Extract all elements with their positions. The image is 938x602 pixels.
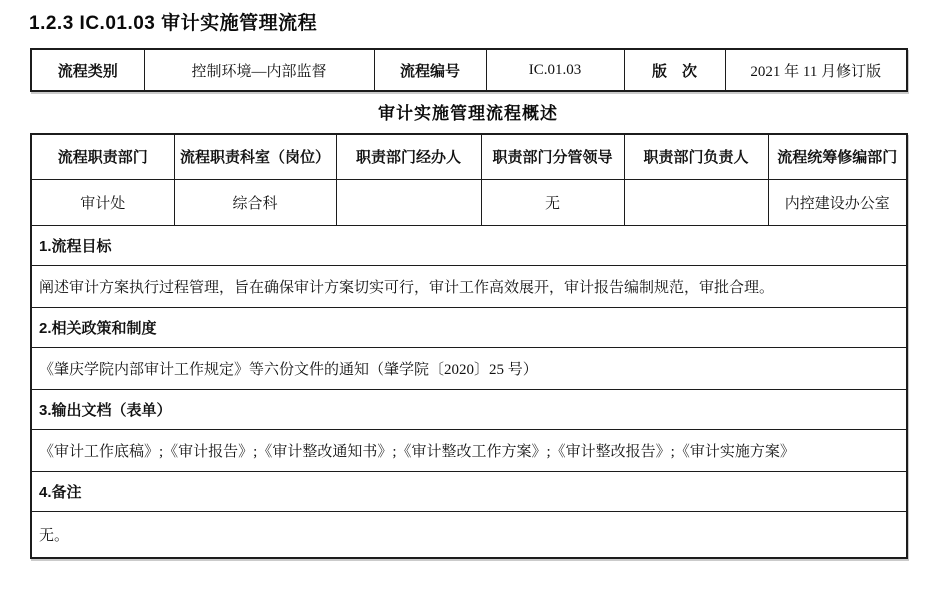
process-info-table: 流程类别 控制环境—内部监督 流程编号 IC.01.03 版 次 2021 年 …	[30, 48, 908, 92]
cell-revision-dept: 内控建设办公室	[768, 179, 907, 225]
section-heading-row: 1.流程目标	[31, 225, 907, 265]
section-content-row: 阐述审计方案执行过程管理，旨在确保审计方案切实可行，审计工作高效展开，审计报告编…	[31, 265, 907, 307]
section-heading-row: 2.相关政策和制度	[31, 307, 907, 347]
document-page: 1.2.3 IC.01.03 审计实施管理流程 流程类别 控制环境—内部监督 流…	[0, 0, 938, 602]
header-responsible-dept: 流程职责部门	[31, 134, 174, 179]
section-1-content: 阐述审计方案执行过程管理，旨在确保审计方案切实可行，审计工作高效展开，审计报告编…	[31, 265, 907, 307]
cell-responsible-dept: 审计处	[31, 179, 174, 225]
overview-header-row: 流程职责部门 流程职责科室（岗位） 职责部门经办人 职责部门分管领导 职责部门负…	[31, 134, 907, 179]
cell-supervising-leader: 无	[481, 179, 624, 225]
process-code-value: IC.01.03	[486, 49, 624, 91]
header-responsible-section: 流程职责科室（岗位）	[174, 134, 336, 179]
cell-dept-head	[624, 179, 768, 225]
section-heading-row: 4.备注	[31, 471, 907, 511]
header-handler: 职责部门经办人	[336, 134, 481, 179]
section-3-heading: 3.输出文档（表单）	[31, 389, 907, 429]
section-content-row: 《审计工作底稿》;《审计报告》;《审计整改通知书》;《审计整改工作方案》;《审计…	[31, 429, 907, 471]
header-supervising-leader: 职责部门分管领导	[481, 134, 624, 179]
section-content-row: 《肇庆学院内部审计工作规定》等六份文件的通知（肇学院〔2020〕25 号）	[31, 347, 907, 389]
section-1-heading: 1.流程目标	[31, 225, 907, 265]
section-content-row: 无。	[31, 511, 907, 558]
version-value: 2021 年 11 月修订版	[725, 49, 907, 91]
overview-title: 审计实施管理流程概述	[30, 99, 906, 124]
process-code-label: 流程编号	[374, 49, 486, 91]
section-2-heading: 2.相关政策和制度	[31, 307, 907, 347]
section-3-content: 《审计工作底稿》;《审计报告》;《审计整改通知书》;《审计整改工作方案》;《审计…	[31, 429, 907, 471]
cell-handler	[336, 179, 481, 225]
header-dept-head: 职责部门负责人	[624, 134, 768, 179]
overview-data-row: 审计处 综合科 无 内控建设办公室	[31, 179, 907, 225]
section-heading-row: 3.输出文档（表单）	[31, 389, 907, 429]
header-revision-dept: 流程统筹修编部门	[768, 134, 907, 179]
process-category-label: 流程类别	[31, 49, 144, 91]
section-2-content: 《肇庆学院内部审计工作规定》等六份文件的通知（肇学院〔2020〕25 号）	[31, 347, 907, 389]
version-label: 版 次	[624, 49, 725, 91]
process-info-row: 流程类别 控制环境—内部监督 流程编号 IC.01.03 版 次 2021 年 …	[31, 49, 907, 91]
process-overview-table: 流程职责部门 流程职责科室（岗位） 职责部门经办人 职责部门分管领导 职责部门负…	[30, 133, 908, 559]
page-title: 1.2.3 IC.01.03 审计实施管理流程	[29, 8, 317, 35]
cell-responsible-section: 综合科	[174, 179, 336, 225]
process-category-value: 控制环境—内部监督	[144, 49, 374, 91]
section-4-content: 无。	[31, 511, 907, 558]
section-4-heading: 4.备注	[31, 471, 907, 511]
